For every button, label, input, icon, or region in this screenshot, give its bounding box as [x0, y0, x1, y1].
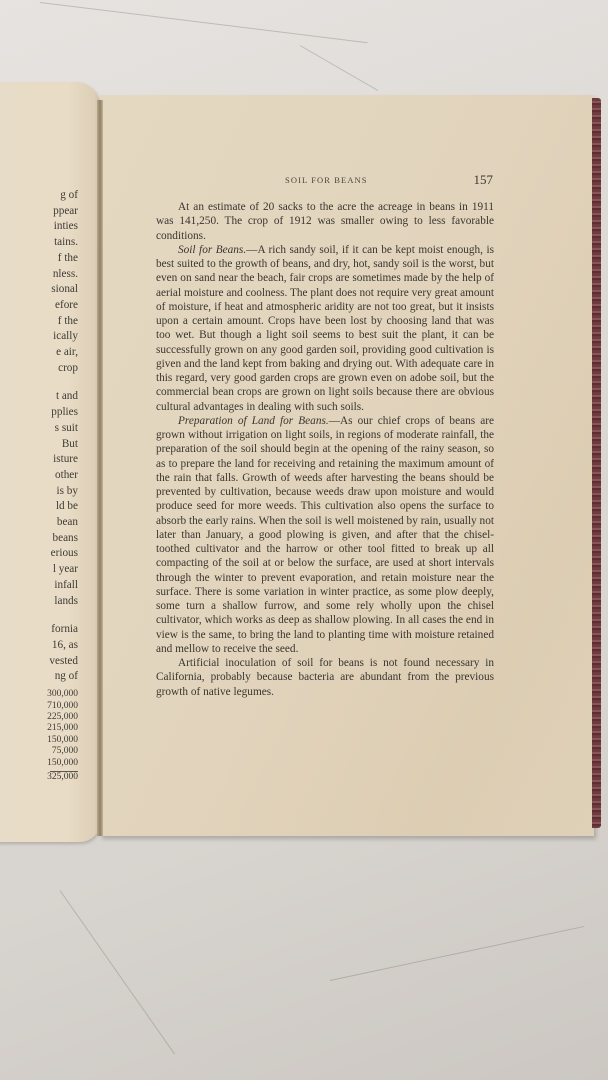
left-line: But: [0, 437, 78, 453]
left-line: t and: [0, 389, 78, 405]
figure-total: 325,000: [0, 772, 78, 783]
running-head-title: SOIL FOR BEANS: [285, 175, 368, 185]
left-page-text: g of ppear inties tains. f the nless. si…: [0, 188, 78, 783]
left-line: l year: [0, 562, 78, 578]
page-number: 157: [474, 172, 494, 188]
left-line: is by: [0, 484, 78, 500]
left-line: tains.: [0, 235, 78, 251]
left-line: infall: [0, 578, 78, 594]
left-line: f the: [0, 314, 78, 330]
paragraph: Soil for Beans.—A rich sandy soil, if it…: [156, 243, 494, 414]
left-line: erious: [0, 546, 78, 562]
left-line: bean: [0, 515, 78, 531]
marble-vein: [330, 926, 585, 981]
left-line: ng of: [0, 669, 78, 685]
left-line: ld be: [0, 499, 78, 515]
figure-value: 225,000: [0, 712, 78, 723]
left-line: s suit: [0, 421, 78, 437]
left-line: 16, as: [0, 638, 78, 654]
paragraph-gap: [0, 376, 78, 389]
left-line: ppear: [0, 204, 78, 220]
left-line: vested: [0, 654, 78, 670]
figure-value: 75,000: [0, 746, 78, 757]
left-line: e air,: [0, 345, 78, 361]
figure-value: 150,000: [0, 735, 78, 746]
marble-vein: [40, 2, 368, 43]
left-line: nless.: [0, 267, 78, 283]
left-line: efore: [0, 298, 78, 314]
figure-value: 215,000: [0, 723, 78, 734]
left-line: inties: [0, 219, 78, 235]
section-heading: Preparation of Land for Beans.: [178, 415, 329, 427]
marble-vein: [60, 890, 176, 1054]
left-line: lands: [0, 594, 78, 610]
left-line: other: [0, 468, 78, 484]
left-page: g of ppear inties tains. f the nless. si…: [0, 82, 100, 842]
paragraph-text: —As our chief crops of beans are grown w…: [156, 415, 494, 655]
left-line: ically: [0, 329, 78, 345]
figure-value: 710,000: [0, 701, 78, 712]
left-line: fornia: [0, 622, 78, 638]
paragraph: Preparation of Land for Beans.—As our ch…: [156, 414, 494, 656]
figures-column: 300,000 710,000 225,000 215,000 150,000 …: [0, 689, 78, 783]
figure-value: 150,000: [0, 758, 78, 769]
marble-vein: [300, 45, 378, 91]
left-line: crop: [0, 361, 78, 377]
running-head: SOIL FOR BEANS 157: [185, 174, 495, 188]
left-line: pplies: [0, 405, 78, 421]
left-line: g of: [0, 188, 78, 204]
paragraph-text: At an estimate of 20 sacks to the acre t…: [156, 201, 494, 242]
figure-value: 300,000: [0, 689, 78, 700]
left-line: isture: [0, 452, 78, 468]
book-page-edge: [592, 98, 601, 828]
paragraph: At an estimate of 20 sacks to the acre t…: [156, 200, 494, 243]
paragraph: Artificial inoculation of soil for beans…: [156, 656, 494, 699]
paragraph-gap: [0, 609, 78, 622]
paragraph-text: —A rich sandy soil, if it can be kept mo…: [156, 244, 494, 413]
body-text: At an estimate of 20 sacks to the acre t…: [156, 200, 494, 699]
left-line: sional: [0, 282, 78, 298]
paragraph-text: Artificial inoculation of soil for beans…: [156, 657, 494, 698]
left-line: beans: [0, 531, 78, 547]
left-line: f the: [0, 251, 78, 267]
book-gutter: [97, 100, 103, 836]
section-heading: Soil for Beans.: [178, 244, 246, 256]
